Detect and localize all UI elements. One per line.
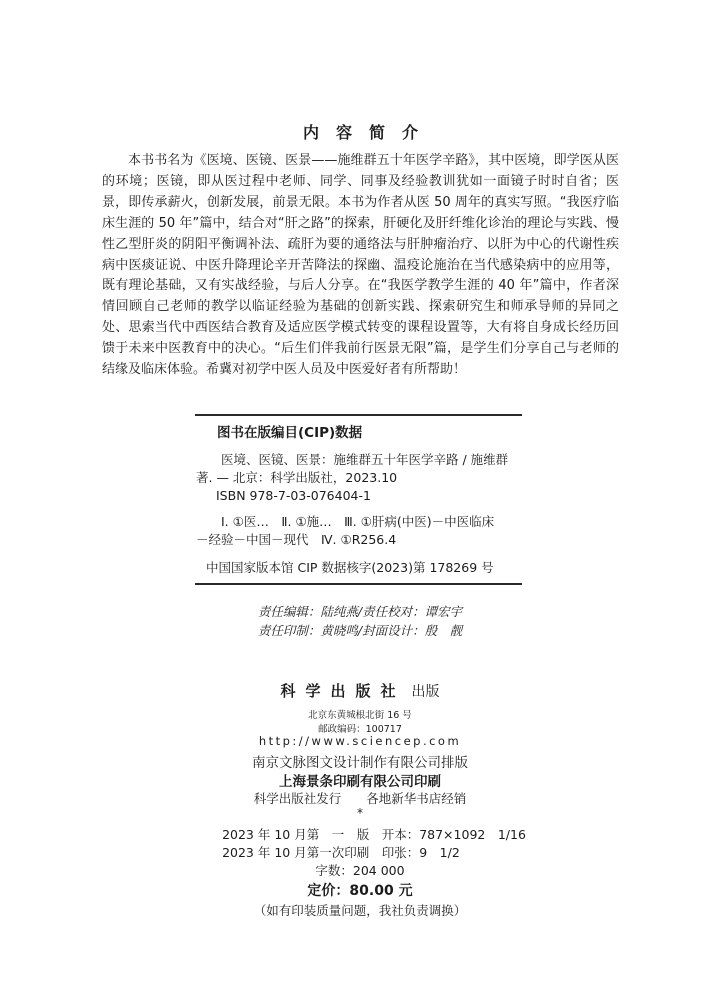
quality-note: （如有印装质量问题，我社负责调换） bbox=[0, 901, 720, 919]
cip-header: 图书在版编目(CIP)数据 bbox=[217, 424, 521, 442]
cip-isbn-line: ISBN 978-7-03-076404-1 bbox=[196, 487, 521, 505]
edition-section: 2023 年 10 月第 一 版 开本：787×1092 1/16 2023 年… bbox=[0, 826, 720, 880]
edition-line-2: 2023 年 10 月第一次印刷 印张：9 1/2 bbox=[222, 844, 526, 862]
cip-class-line-1: Ⅰ. ①医… Ⅱ. ①施… Ⅲ. ①肝病(中医)－中医临床 bbox=[196, 513, 521, 531]
credits-line-2: 责任印制：黄晓鸣/封面设计：殷 靓 bbox=[0, 621, 720, 640]
publisher-address: 北京东黄城根北街 16 号 bbox=[0, 707, 720, 721]
credits-line-1: 责任编辑：陆纯燕/责任校对：谭宏宇 bbox=[0, 602, 720, 621]
edition-lines: 2023 年 10 月第 一 版 开本：787×1092 1/16 2023 年… bbox=[222, 826, 526, 862]
printing-line: 上海景条印刷有限公司印刷 bbox=[0, 770, 720, 790]
publisher-line: 科学出版社出版 bbox=[0, 680, 720, 701]
wordcount-line: 字数：204 000 bbox=[0, 862, 720, 880]
book-copyright-page: 内容简介 本书书名为《医境、医镜、医景——施维群五十年医学辛路》，其中医境，即学… bbox=[0, 0, 720, 1000]
typesetting-line: 南京文脉图文设计制作有限公司排版 bbox=[0, 751, 720, 771]
credits-section: 责任编辑：陆纯燕/责任校对：谭宏宇 责任印制：黄晓鸣/封面设计：殷 靓 bbox=[0, 602, 720, 640]
publisher-suffix: 出版 bbox=[412, 684, 440, 700]
cip-class-line-2: －经验－中国－现代 Ⅳ. ①R256.4 bbox=[196, 531, 521, 549]
cip-publication-line: 著. — 北京：科学出版社，2023.10 bbox=[196, 469, 521, 487]
cip-box: 图书在版编目(CIP)数据 医境、医镜、医景：施维群五十年医学辛路 / 施维群 … bbox=[195, 414, 522, 585]
publisher-website: http://www.sciencep.com bbox=[0, 734, 720, 748]
publisher-postcode: 邮政编码：100717 bbox=[0, 721, 720, 735]
cip-title-line: 医境、医镜、医景：施维群五十年医学辛路 / 施维群 bbox=[196, 451, 521, 469]
intro-body: 本书书名为《医境、医镜、医景——施维群五十年医学辛路》，其中医境，即学医从医的环… bbox=[102, 151, 619, 381]
cip-registry-line: 中国国家版本馆 CIP 数据核字(2023)第 178269 号 bbox=[196, 559, 521, 577]
intro-title: 内容简介 bbox=[102, 120, 619, 143]
star-separator: * bbox=[0, 806, 720, 820]
distribution-line: 科学出版社发行 各地新华书店经销 bbox=[0, 789, 720, 807]
publisher-name: 科学出版社 bbox=[280, 682, 405, 700]
intro-section: 内容简介 本书书名为《医境、医镜、医景——施维群五十年医学辛路》，其中医境，即学… bbox=[102, 120, 619, 381]
edition-line-1: 2023 年 10 月第 一 版 开本：787×1092 1/16 bbox=[222, 826, 526, 844]
price-line: 定价：80.00 元 bbox=[0, 880, 720, 900]
